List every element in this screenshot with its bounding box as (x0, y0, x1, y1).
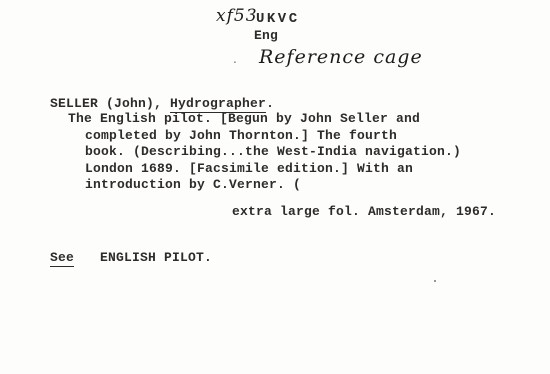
classmark-handwritten: xf53 (216, 6, 258, 26)
paper-speck (434, 280, 436, 282)
see-label: See (50, 250, 74, 267)
see-reference-line: SeeENGLISH PILOT. (18, 235, 212, 280)
heading-author: SELLER (John), (50, 96, 162, 111)
body-line-2: completed by John Thornton.] The fourth (85, 128, 397, 143)
body-line-5: introduction by C.Verner. ( (85, 177, 301, 192)
language-label: Eng (254, 28, 278, 43)
catalog-card: xf53 UKVC Eng . . Reference cage SELLER … (0, 0, 550, 374)
classmark-typed: UKVC (256, 11, 300, 27)
imprint-line: extra large fol. Amsterdam, 1967. (232, 204, 496, 219)
body-line-1: The English pilot. [Begun by John Seller… (68, 111, 420, 126)
heading-period: . (266, 96, 274, 111)
body-line-3: book. (Describing...the West-India navig… (85, 144, 461, 159)
body-line-4: London 1689. [Facsimile edition.] With a… (85, 161, 413, 176)
annotation-handwritten: Reference cage (259, 46, 423, 68)
see-target: ENGLISH PILOT. (100, 250, 212, 265)
